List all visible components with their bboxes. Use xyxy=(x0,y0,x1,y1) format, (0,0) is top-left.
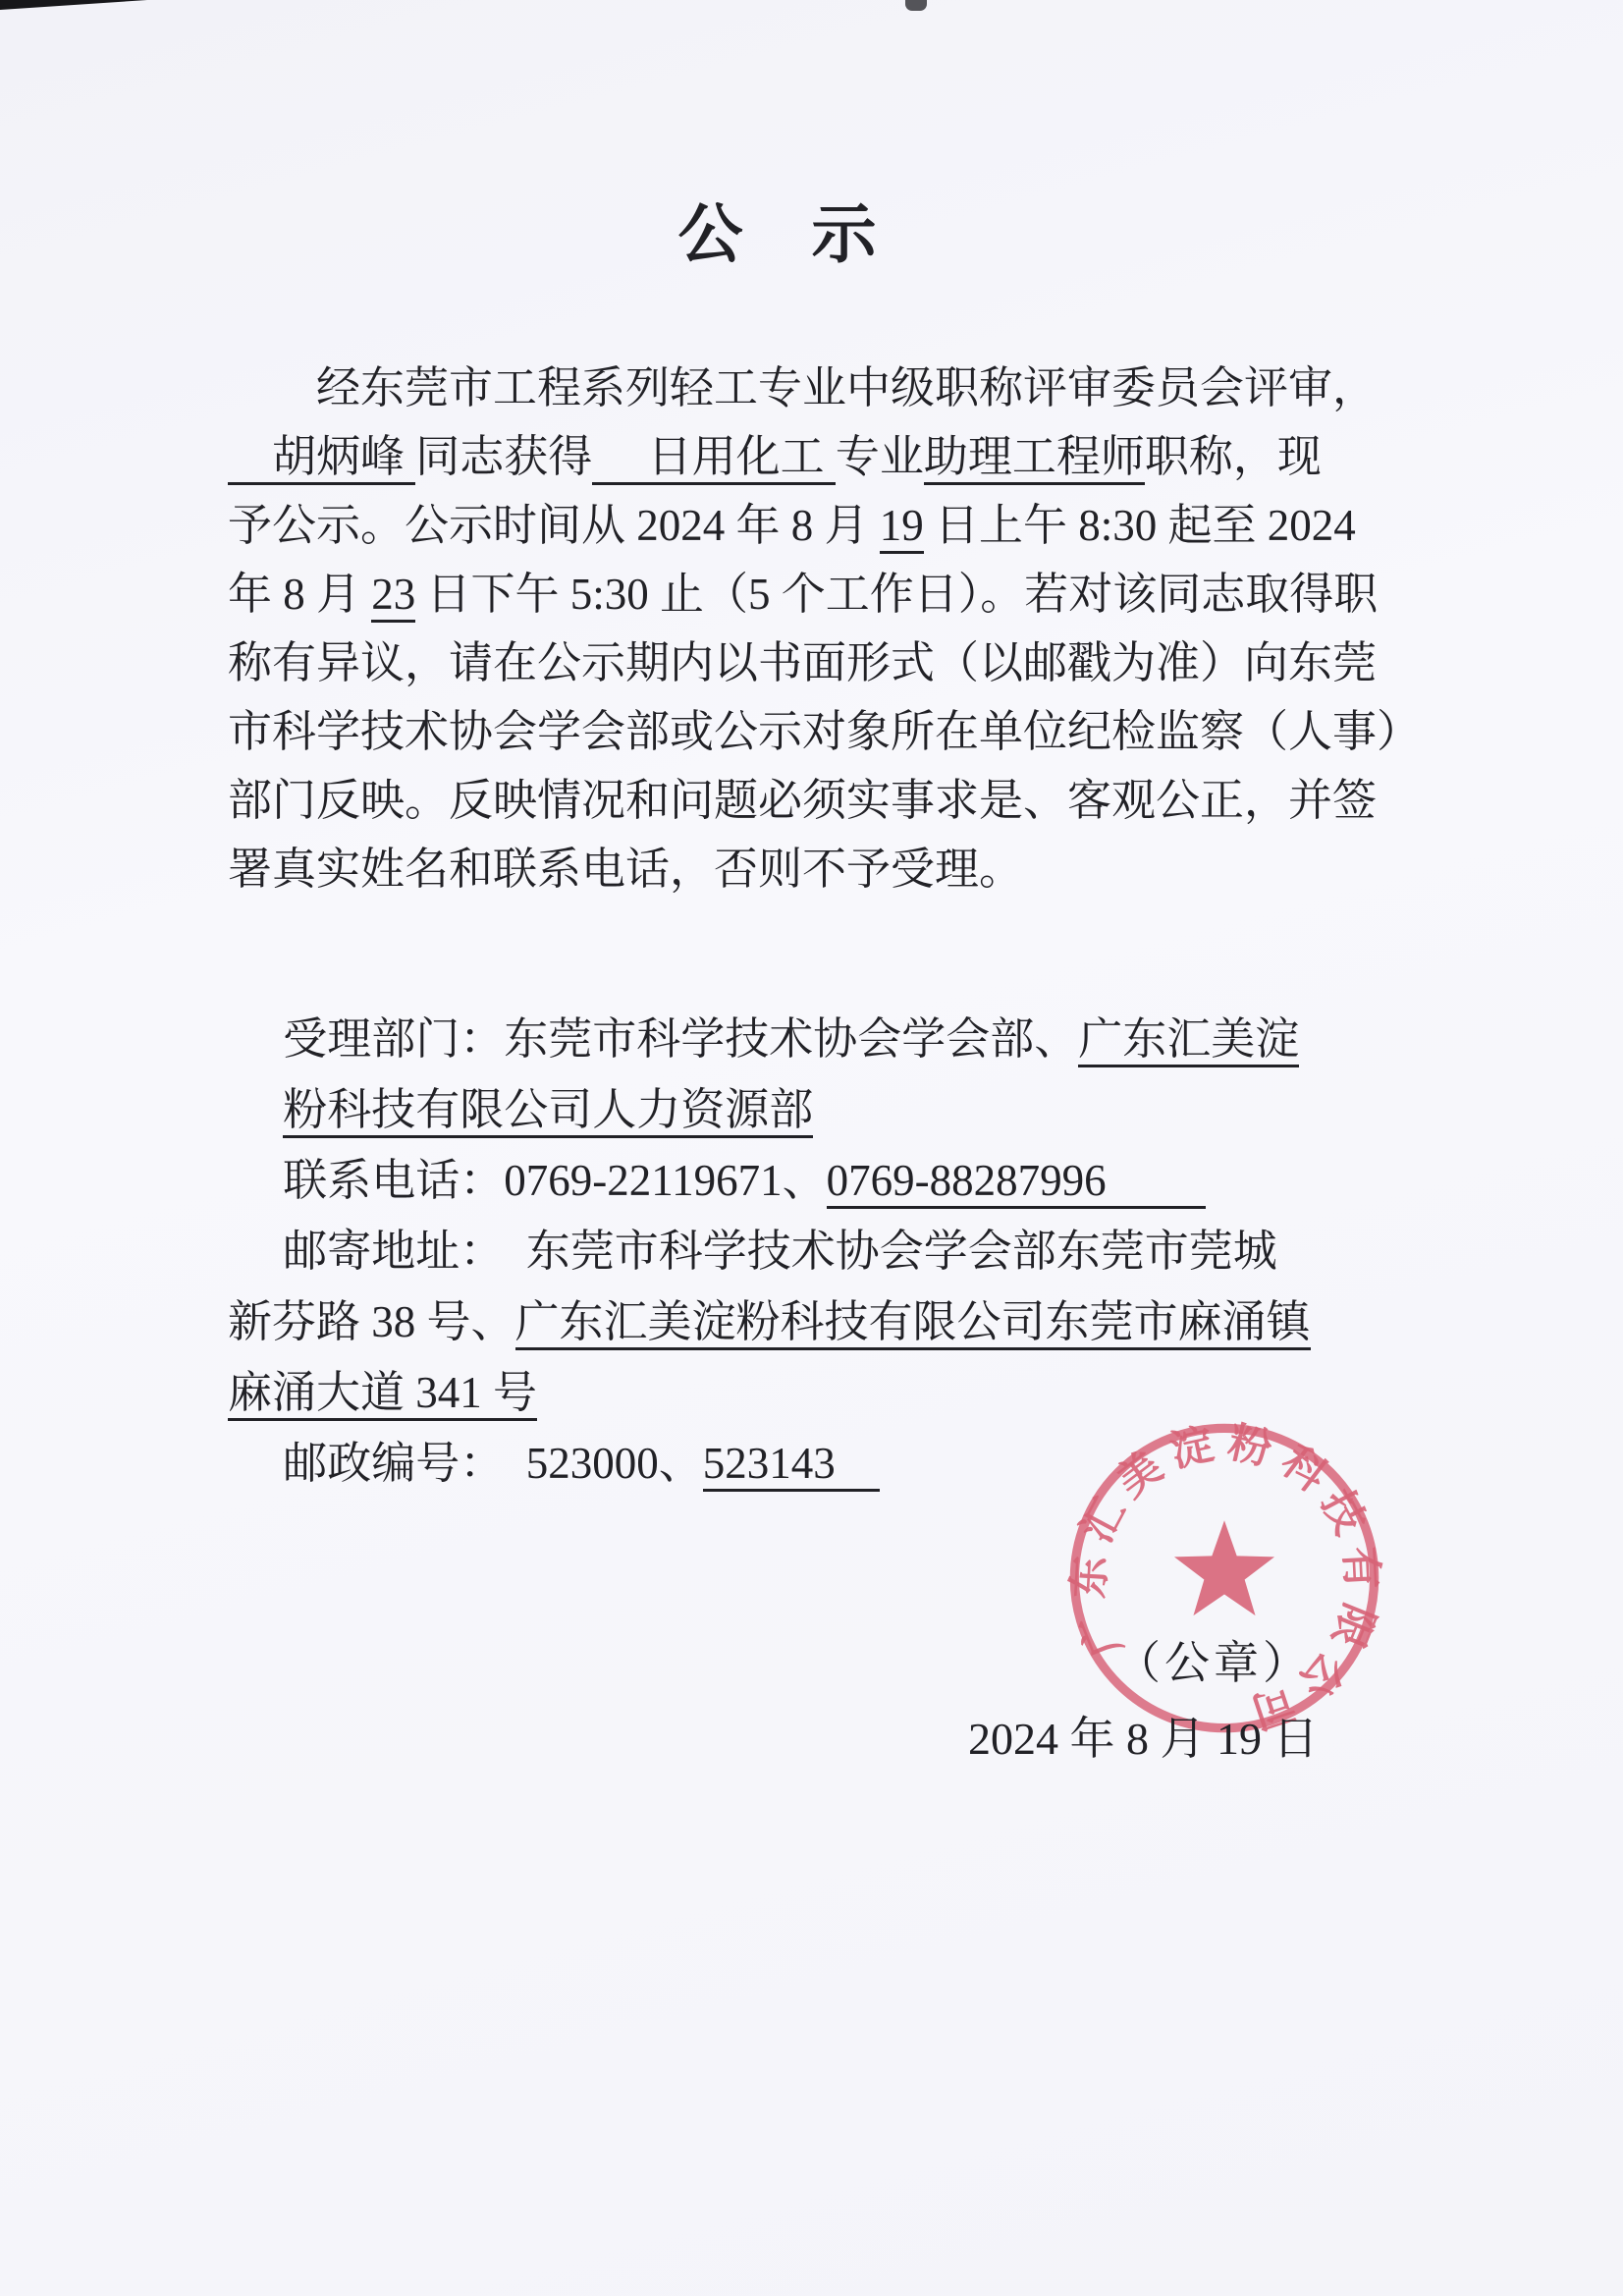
underlined-text: 0769-88287996 xyxy=(827,1156,1206,1209)
contact-line: 新芬路 38 号、广东汇美淀粉科技有限公司东莞市麻涌镇 xyxy=(228,1286,1485,1357)
text-run: 邮政编号： 523000、 xyxy=(228,1439,703,1488)
underlined-text: 胡炳峰 xyxy=(272,432,415,485)
underlined-text: 粉科技有限公司人力资源部 xyxy=(283,1085,813,1138)
contact-line: 邮寄地址： 东莞市科学技术协会学会部东莞市莞城 xyxy=(228,1216,1485,1286)
body-line: 予公示。公示时间从 2024 年 8 月 19 日上午 8:30 起至 2024 xyxy=(228,491,1485,560)
seal-label: （公章） xyxy=(1115,1634,1312,1693)
body-line: 经东莞市工程系列轻工专业中级职称评审委员会评审， xyxy=(228,354,1485,422)
text-run: 予公示。公示时间从 2024 年 8 月 xyxy=(228,501,880,550)
text-run: 专业 xyxy=(836,432,924,481)
underlined-text: 助理工程师 xyxy=(924,432,1145,485)
body-line: 胡炳峰 同志获得 日用化工 专业助理工程师职称，现 xyxy=(228,422,1485,491)
text-run: 受理部门：东莞市科学技术协会学会部、 xyxy=(228,1014,1078,1064)
contact-line: 受理部门：东莞市科学技术协会学会部、广东汇美淀 xyxy=(228,1004,1485,1074)
text-run: 年 8 月 xyxy=(228,570,371,619)
text-run: 同志获得 xyxy=(415,432,592,481)
text-run: 新芬路 38 号、 xyxy=(228,1297,515,1346)
body-text: 经东莞市工程系列轻工专业中级职称评审委员会评审， 胡炳峰 同志获得 日用化工 专… xyxy=(228,354,1485,903)
announcement-page: 公 示 经东莞市工程系列轻工专业中级职称评审委员会评审， 胡炳峰 同志获得 日用… xyxy=(0,0,1623,2296)
underlined-text: 广东汇美淀 xyxy=(1078,1014,1299,1067)
scan-artifact-top-left xyxy=(0,0,147,10)
text-run: 市科学技术协会学会部或公示对象所在单位纪检监察（人事） xyxy=(228,707,1421,756)
contact-line: 粉科技有限公司人力资源部 xyxy=(228,1074,1485,1145)
body-line: 部门反映。反映情况和问题必须实事求是、客观公正，并签 xyxy=(228,766,1485,835)
issue-date: 2024 年 8 月 19 日 xyxy=(968,1709,1319,1770)
underlined-text: 19 xyxy=(880,501,924,554)
underlined-text: 日用化工 xyxy=(648,432,836,485)
text-run: 邮寄地址： 东莞市科学技术协会学会部东莞市莞城 xyxy=(228,1227,1277,1276)
seal-star-icon xyxy=(1174,1520,1274,1615)
body-line: 称有异议，请在公示期内以书面形式（以邮戳为准）向东莞 xyxy=(228,629,1485,697)
text-run: 署真实姓名和联系电话，否则不予受理。 xyxy=(228,845,1023,894)
underlined-text: 麻涌大道 341 号 xyxy=(228,1368,537,1421)
body-line: 署真实姓名和联系电话，否则不予受理。 xyxy=(228,835,1485,903)
body-line: 市科学技术协会学会部或公示对象所在单位纪检监察（人事） xyxy=(228,697,1485,766)
underlined-text: 23 xyxy=(371,570,415,623)
text-run: 部门反映。反映情况和问题必须实事求是、客观公正，并签 xyxy=(228,776,1377,825)
body-line: 年 8 月 23 日下午 5:30 止（5 个工作日）。若对该同志取得职 xyxy=(228,560,1485,629)
text-run: 日下午 5:30 止（5 个工作日）。若对该同志取得职 xyxy=(415,570,1378,619)
underlined-text xyxy=(228,432,272,485)
page-title: 公 示 xyxy=(0,192,1590,279)
text-run: 联系电话：0769-22119671、 xyxy=(228,1156,827,1205)
text-run: 职称，现 xyxy=(1145,432,1322,481)
underlined-text: 广东汇美淀粉科技有限公司东莞市麻涌镇 xyxy=(515,1297,1311,1350)
text-run xyxy=(228,1085,283,1134)
text-run: 称有异议，请在公示期内以书面形式（以邮戳为准）向东莞 xyxy=(228,638,1377,687)
contact-line: 联系电话：0769-22119671、0769-88287996 xyxy=(228,1145,1485,1216)
text-run: 日上午 8:30 起至 2024 xyxy=(924,501,1356,550)
text-run: 经东莞市工程系列轻工专业中级职称评审委员会评审， xyxy=(228,363,1377,412)
underlined-text: 523143 xyxy=(703,1439,880,1492)
scan-artifact-top-mark xyxy=(905,0,927,11)
underlined-text xyxy=(592,432,647,485)
